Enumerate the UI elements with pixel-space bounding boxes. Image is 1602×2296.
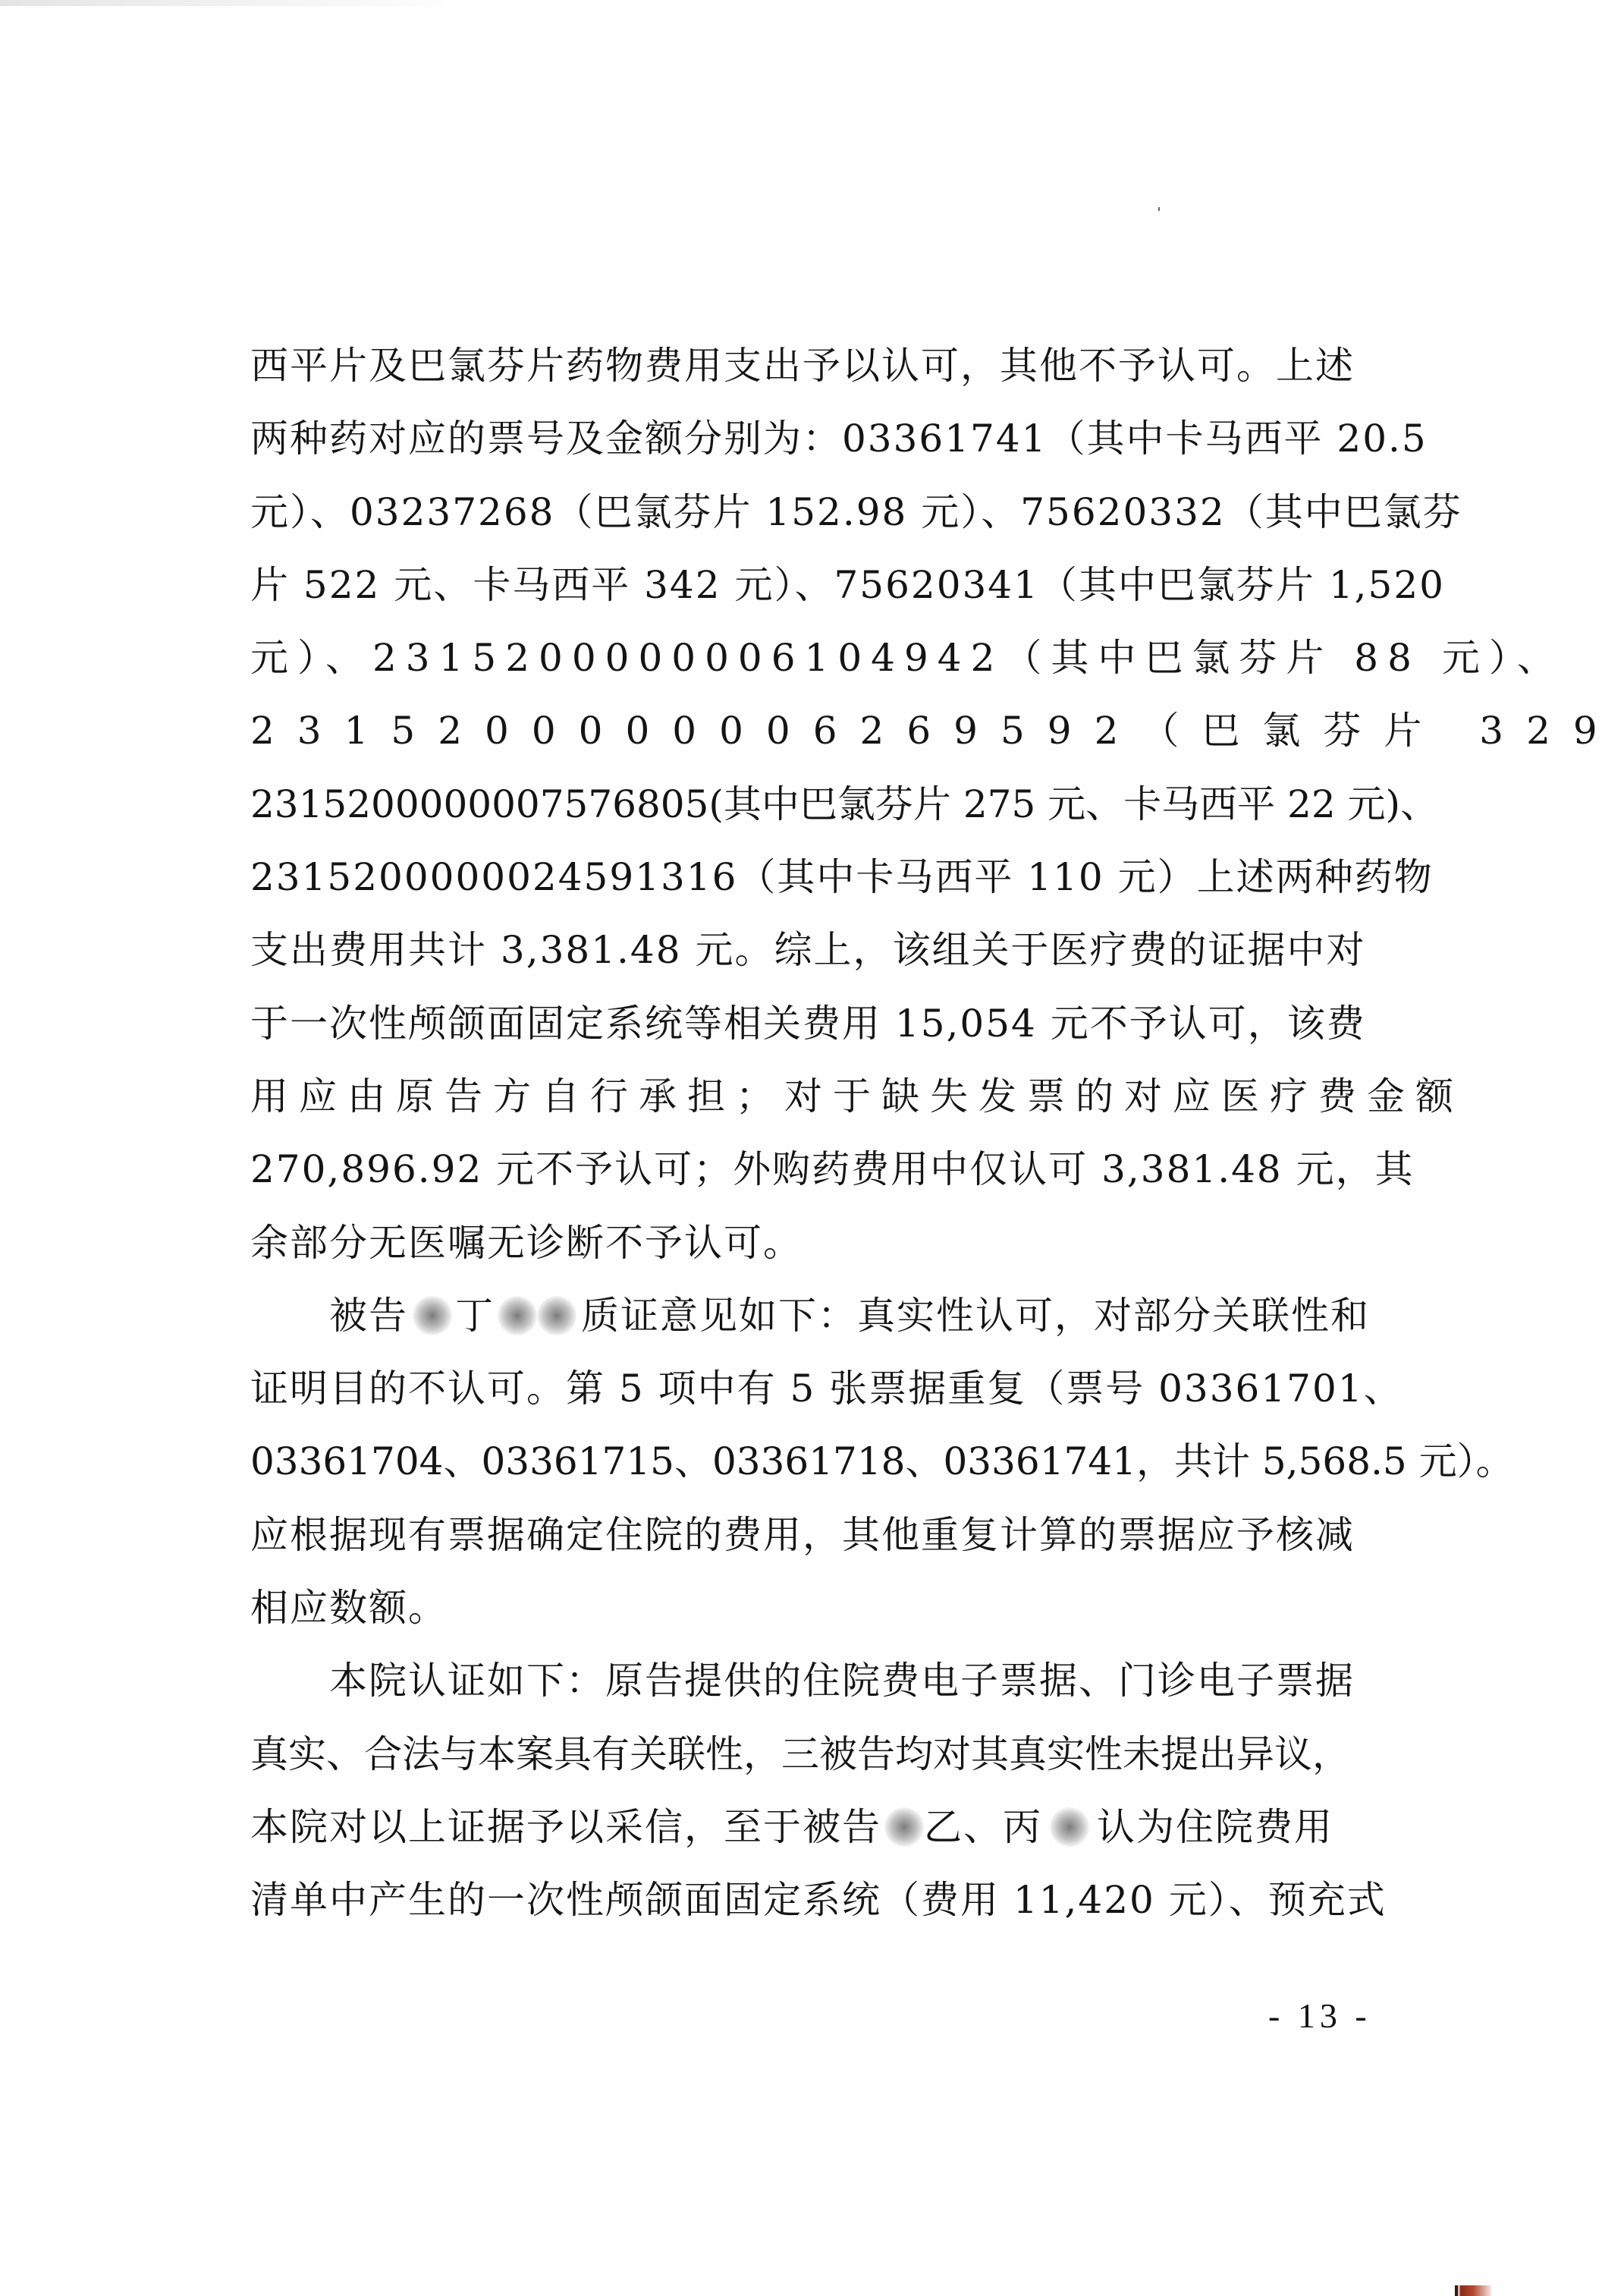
page-number: - 13 - [1268,1996,1371,2036]
text-line: 相应数额。 [250,1571,1382,1644]
text-line: 270,896.92 元不予认可；外购药费用中仅认可 3,381.48 元，其 [250,1133,1382,1206]
text-line-content: 应根据现有票据确定住院的费用，其他重复计算的票据应予核减 [250,1499,1355,1571]
text-line: 西平片及巴氯芬片药物费用支出予以认可，其他不予认可。上述 [250,329,1382,402]
redacted-name-blur [498,1296,537,1335]
seal-stamp-edge [1455,2285,1491,2296]
defendant-name-visible-char: 乙 [924,1791,963,1864]
text-line-content: 片 522 元、卡马西平 342 元）、75620341（其中巴氯芬片 1,52… [250,549,1445,621]
text-line-content: 相应数额。 [250,1571,448,1644]
text-line-content: 2315200000007576805(其中巴氯芬片 275 元、卡马西平 22… [250,768,1438,841]
text-line-content: 本院对以上证据予以采信，至于被告 [250,1791,881,1864]
scan-speck [1158,207,1160,211]
text-line-content: 余部分无医嘱无诊断不予认可。 [250,1206,803,1279]
text-line-content: 证明目的不认可。第 5 项中有 5 张票据重复（票号 03361701、 [250,1352,1403,1425]
text-line: 应根据现有票据确定住院的费用，其他重复计算的票据应予核减 [250,1499,1382,1571]
text-line-content: 元）、2315200000006104942（其中巴氯芬片 88 元）、 [250,621,1564,694]
redacted-name-blur [884,1807,924,1847]
redacted-name-blur [537,1296,576,1335]
redacted-name-blur [1050,1807,1089,1847]
text-line-content: 本院认证如下：原告提供的住院费电子票据、门诊电子票据 [329,1644,1355,1717]
defendant-name-visible-char: 丁 [455,1279,495,1352]
text-line-content: 认为住院费用 [1097,1791,1333,1864]
text-line-content: 清单中产生的一次性颅颌面固定系统（费用 11,420 元）、预充式 [250,1864,1387,1936]
text-line-content: 两种药对应的票号及金额分别为：03361741（其中卡马西平 20.5 [250,402,1428,475]
defendant-name-visible-char: 丙 [1003,1791,1042,1864]
text-line-content: 03361704、03361715、03361718、03361741，共计 5… [250,1425,1514,1498]
text-line: 本院对以上证据予以采信，至于被告 乙 、 丙 认为住院费用 [250,1791,1382,1864]
text-line-content: 西平片及巴氯芬片药物费用支出予以认可，其他不予认可。上述 [250,329,1355,402]
text-line-content: 被告 [329,1279,408,1352]
scan-edge-noise [0,0,455,6]
text-line: 真实、合法与本案具有关联性，三被告均对其真实性未提出异议， [250,1718,1382,1791]
text-line: 2315200000024591316（其中卡马西平 110 元）上述两种药物 [250,841,1382,914]
text-line: 本院认证如下：原告提供的住院费电子票据、门诊电子票据 [250,1644,1382,1717]
text-line-content: 、 [963,1791,1003,1864]
scanned-document-page: 西平片及巴氯芬片药物费用支出予以认可，其他不予认可。上述 两种药对应的票号及金额… [0,0,1602,2296]
text-line: 03361704、03361715、03361718、03361741，共计 5… [250,1425,1382,1498]
text-line-content: 270,896.92 元不予认可；外购药费用中仅认可 3,381.48 元，其 [250,1133,1415,1206]
text-line: 支出费用共计 3,381.48 元。综上，该组关于医疗费的证据中对 [250,914,1382,986]
text-line: 两种药对应的票号及金额分别为：03361741（其中卡马西平 20.5 [250,402,1382,475]
text-line-content: 用应由原告方自行承担；对于缺失发票的对应医疗费金额 [250,1060,1464,1133]
redacted-name-blur [413,1296,452,1335]
text-line-content: 于一次性颅颌面固定系统等相关费用 15,054 元不予认可，该费 [250,987,1366,1060]
text-line: 清单中产生的一次性颅颌面固定系统（费用 11,420 元）、预充式 [250,1864,1382,1936]
text-line: 2315200000007576805(其中巴氯芬片 275 元、卡马西平 22… [250,768,1382,841]
text-line: 被告 丁 质证意见如下：真实性认可，对部分关联性和 [250,1279,1382,1352]
text-line: 片 522 元、卡马西平 342 元）、75620341（其中巴氯芬片 1,52… [250,549,1382,621]
judgment-body-text: 西平片及巴氯芬片药物费用支出予以认可，其他不予认可。上述 两种药对应的票号及金额… [250,329,1382,1937]
text-line-content: 支出费用共计 3,381.48 元。综上，该组关于医疗费的证据中对 [250,914,1365,986]
text-line: 2315200000006269592（巴氯芬片 329 元）、 [250,694,1382,767]
text-line-content: 质证意见如下：真实性认可，对部分关联性和 [581,1279,1370,1352]
text-line: 余部分无医嘱无诊断不予认可。 [250,1206,1382,1279]
text-line: 元）、03237268（巴氯芬片 152.98 元）、75620332（其中巴氯… [250,476,1382,549]
text-line: 于一次性颅颌面固定系统等相关费用 15,054 元不予认可，该费 [250,987,1382,1060]
text-line: 证明目的不认可。第 5 项中有 5 张票据重复（票号 03361701、 [250,1352,1382,1425]
text-line: 元）、2315200000006104942（其中巴氯芬片 88 元）、 [250,621,1382,694]
text-line-content: 元）、03237268（巴氯芬片 152.98 元）、75620332（其中巴氯… [250,476,1462,549]
text-line: 用应由原告方自行承担；对于缺失发票的对应医疗费金额 [250,1060,1382,1133]
text-line-content: 2315200000024591316（其中卡马西平 110 元）上述两种药物 [250,841,1434,914]
text-line-content: 2315200000006269592（巴氯芬片 329 元）、 [250,694,1602,767]
text-line-content: 真实、合法与本案具有关联性，三被告均对其真实性未提出异议， [250,1718,1350,1791]
